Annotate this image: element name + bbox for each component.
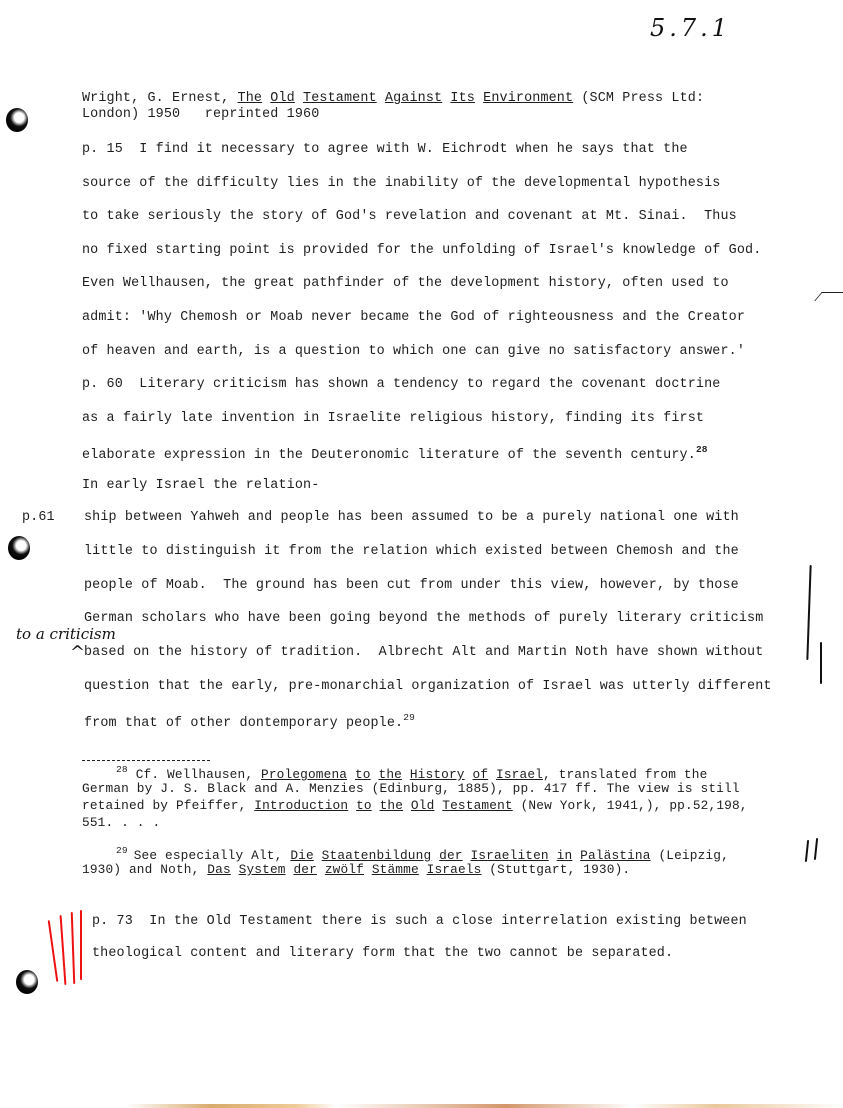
punch-hole-top — [6, 108, 28, 132]
fn-text: See especially Alt, — [134, 848, 283, 863]
fn-text: , translated from the — [543, 767, 707, 782]
body-line: Even Wellhausen, the great pathfinder of… — [82, 276, 729, 291]
handwritten-page-number: 5.7.1 — [650, 14, 731, 42]
body-line-text: from that of other dontemporary people. — [84, 716, 403, 731]
body-line: source of the difficulty lies in the ina… — [82, 176, 720, 191]
title-word: Introduction — [254, 798, 348, 813]
title-word: zwölf — [325, 862, 364, 877]
title-word: Environment — [483, 91, 573, 106]
red-margin-mark — [48, 920, 59, 982]
body-line: German scholars who have been going beyo… — [84, 611, 763, 626]
title-word: Israel — [496, 767, 543, 782]
red-margin-mark — [71, 912, 76, 984]
title-word: Testament — [442, 798, 512, 813]
final-paragraph-line: theological content and literary form th… — [92, 946, 673, 961]
title-word: to — [355, 767, 371, 782]
body-line: elaborate expression in the Deuteronomic… — [82, 444, 708, 463]
body-line: as a fairly late invention in Israelite … — [82, 411, 704, 426]
title-word: Prolegomena — [261, 767, 347, 782]
citation-line-2: London) 1950 reprinted 1960 — [82, 107, 319, 122]
title-word: History — [410, 767, 465, 782]
title-word: Old — [411, 798, 435, 813]
body-line: from that of other dontemporary people.2… — [84, 712, 415, 731]
footnote-number: 28 — [116, 764, 128, 775]
body-line: people of Moab. The ground has been cut … — [84, 578, 739, 593]
title-word: Palästina — [580, 848, 650, 863]
paper-edge-stain — [0, 1104, 843, 1108]
footnote-29-line-1: 29See especially Alt, Die Staatenbildung… — [82, 845, 729, 863]
title-word: in — [557, 848, 573, 863]
red-margin-mark — [80, 910, 82, 980]
body-line: of heaven and earth, is a question to wh… — [82, 344, 745, 359]
title-word: the — [380, 798, 404, 813]
title-word: Israeliten — [470, 848, 548, 863]
margin-corner-mark — [814, 292, 843, 301]
body-line: admit: 'Why Chemosh or Moab never became… — [82, 310, 745, 325]
title-word: Die — [290, 848, 314, 863]
citation-author: Wright, G. Ernest, — [82, 91, 229, 106]
fn-text: (New York, 1941,), pp.52,198, — [521, 798, 748, 813]
margin-note-p61: p.61 — [22, 510, 55, 525]
title-word: The — [238, 91, 263, 106]
citation-line-1: Wright, G. Ernest, The Old Testament Aga… — [82, 91, 704, 106]
title-word: der — [439, 848, 463, 863]
footnote-28-line-4: 551. . . . — [82, 815, 160, 830]
body-line: p. 60 Literary criticism has shown a ten… — [82, 377, 720, 392]
margin-vertical-line — [820, 642, 822, 684]
body-line-text: elaborate expression in the Deuteronomic… — [82, 448, 696, 463]
title-word: System — [239, 862, 286, 877]
body-line: question that the early, pre-monarchial … — [84, 679, 772, 694]
title-word: to — [356, 798, 372, 813]
body-line: based on the history of tradition. Albre… — [84, 645, 763, 660]
citation-publisher: (SCM Press Ltd: — [581, 91, 704, 106]
title-word: Staatenbildung — [322, 848, 432, 863]
body-line: In early Israel the relation- — [82, 478, 319, 493]
handwritten-insertion: to a criticism — [16, 625, 116, 643]
margin-vertical-line — [806, 565, 811, 660]
margin-double-line — [805, 840, 809, 862]
fn-text: (Stuttgart, 1930). — [489, 862, 630, 877]
body-line: no fixed starting point is provided for … — [82, 243, 761, 258]
footnote-28-line-1: 28Cf. Wellhausen, Prolegomena to the His… — [82, 764, 707, 782]
footnote-number: 29 — [116, 845, 128, 856]
footnote-mark-29: 29 — [403, 712, 415, 723]
title-word: Das — [207, 862, 231, 877]
margin-double-line — [814, 838, 818, 860]
body-line: p. 15 I find it necessary to agree with … — [82, 142, 688, 157]
title-word: Testament — [303, 91, 377, 106]
title-word: Israels — [427, 862, 482, 877]
final-paragraph-line: p. 73 In the Old Testament there is such… — [92, 914, 747, 929]
punch-hole-middle — [8, 536, 30, 560]
footnote-mark-28: 28 — [696, 444, 708, 455]
fn-text: 1930) and Noth, — [82, 862, 199, 877]
typewritten-page: 5.7.1 Wright, G. Ernest, The Old Testame… — [0, 0, 843, 1108]
body-line: little to distinguish it from the relati… — [84, 544, 739, 559]
title-word: the — [378, 767, 402, 782]
title-word: of — [472, 767, 488, 782]
body-line: to take seriously the story of God's rev… — [82, 209, 737, 224]
body-line: ship between Yahweh and people has been … — [84, 510, 739, 525]
fn-text: Cf. Wellhausen, — [136, 767, 253, 782]
title-word: der — [293, 862, 317, 877]
fn-text: (Leipzig, — [658, 848, 728, 863]
title-word: Old — [270, 91, 295, 106]
footnote-29-line-2: 1930) and Noth, Das System der zwölf Stä… — [82, 862, 630, 877]
footnote-28-line-3: retained by Pfeiffer, Introduction to th… — [82, 798, 748, 813]
punch-hole-bottom — [16, 970, 38, 994]
caret-mark: ^ — [70, 642, 85, 663]
fn-text: retained by Pfeiffer, — [82, 798, 246, 813]
title-word: Stämme — [372, 862, 419, 877]
red-margin-mark — [60, 915, 67, 985]
title-word: Its — [450, 91, 475, 106]
footnote-28-line-2: German by J. S. Black and A. Menzies (Ed… — [82, 781, 740, 796]
title-word: Against — [385, 91, 442, 106]
footnote-separator — [82, 760, 210, 761]
